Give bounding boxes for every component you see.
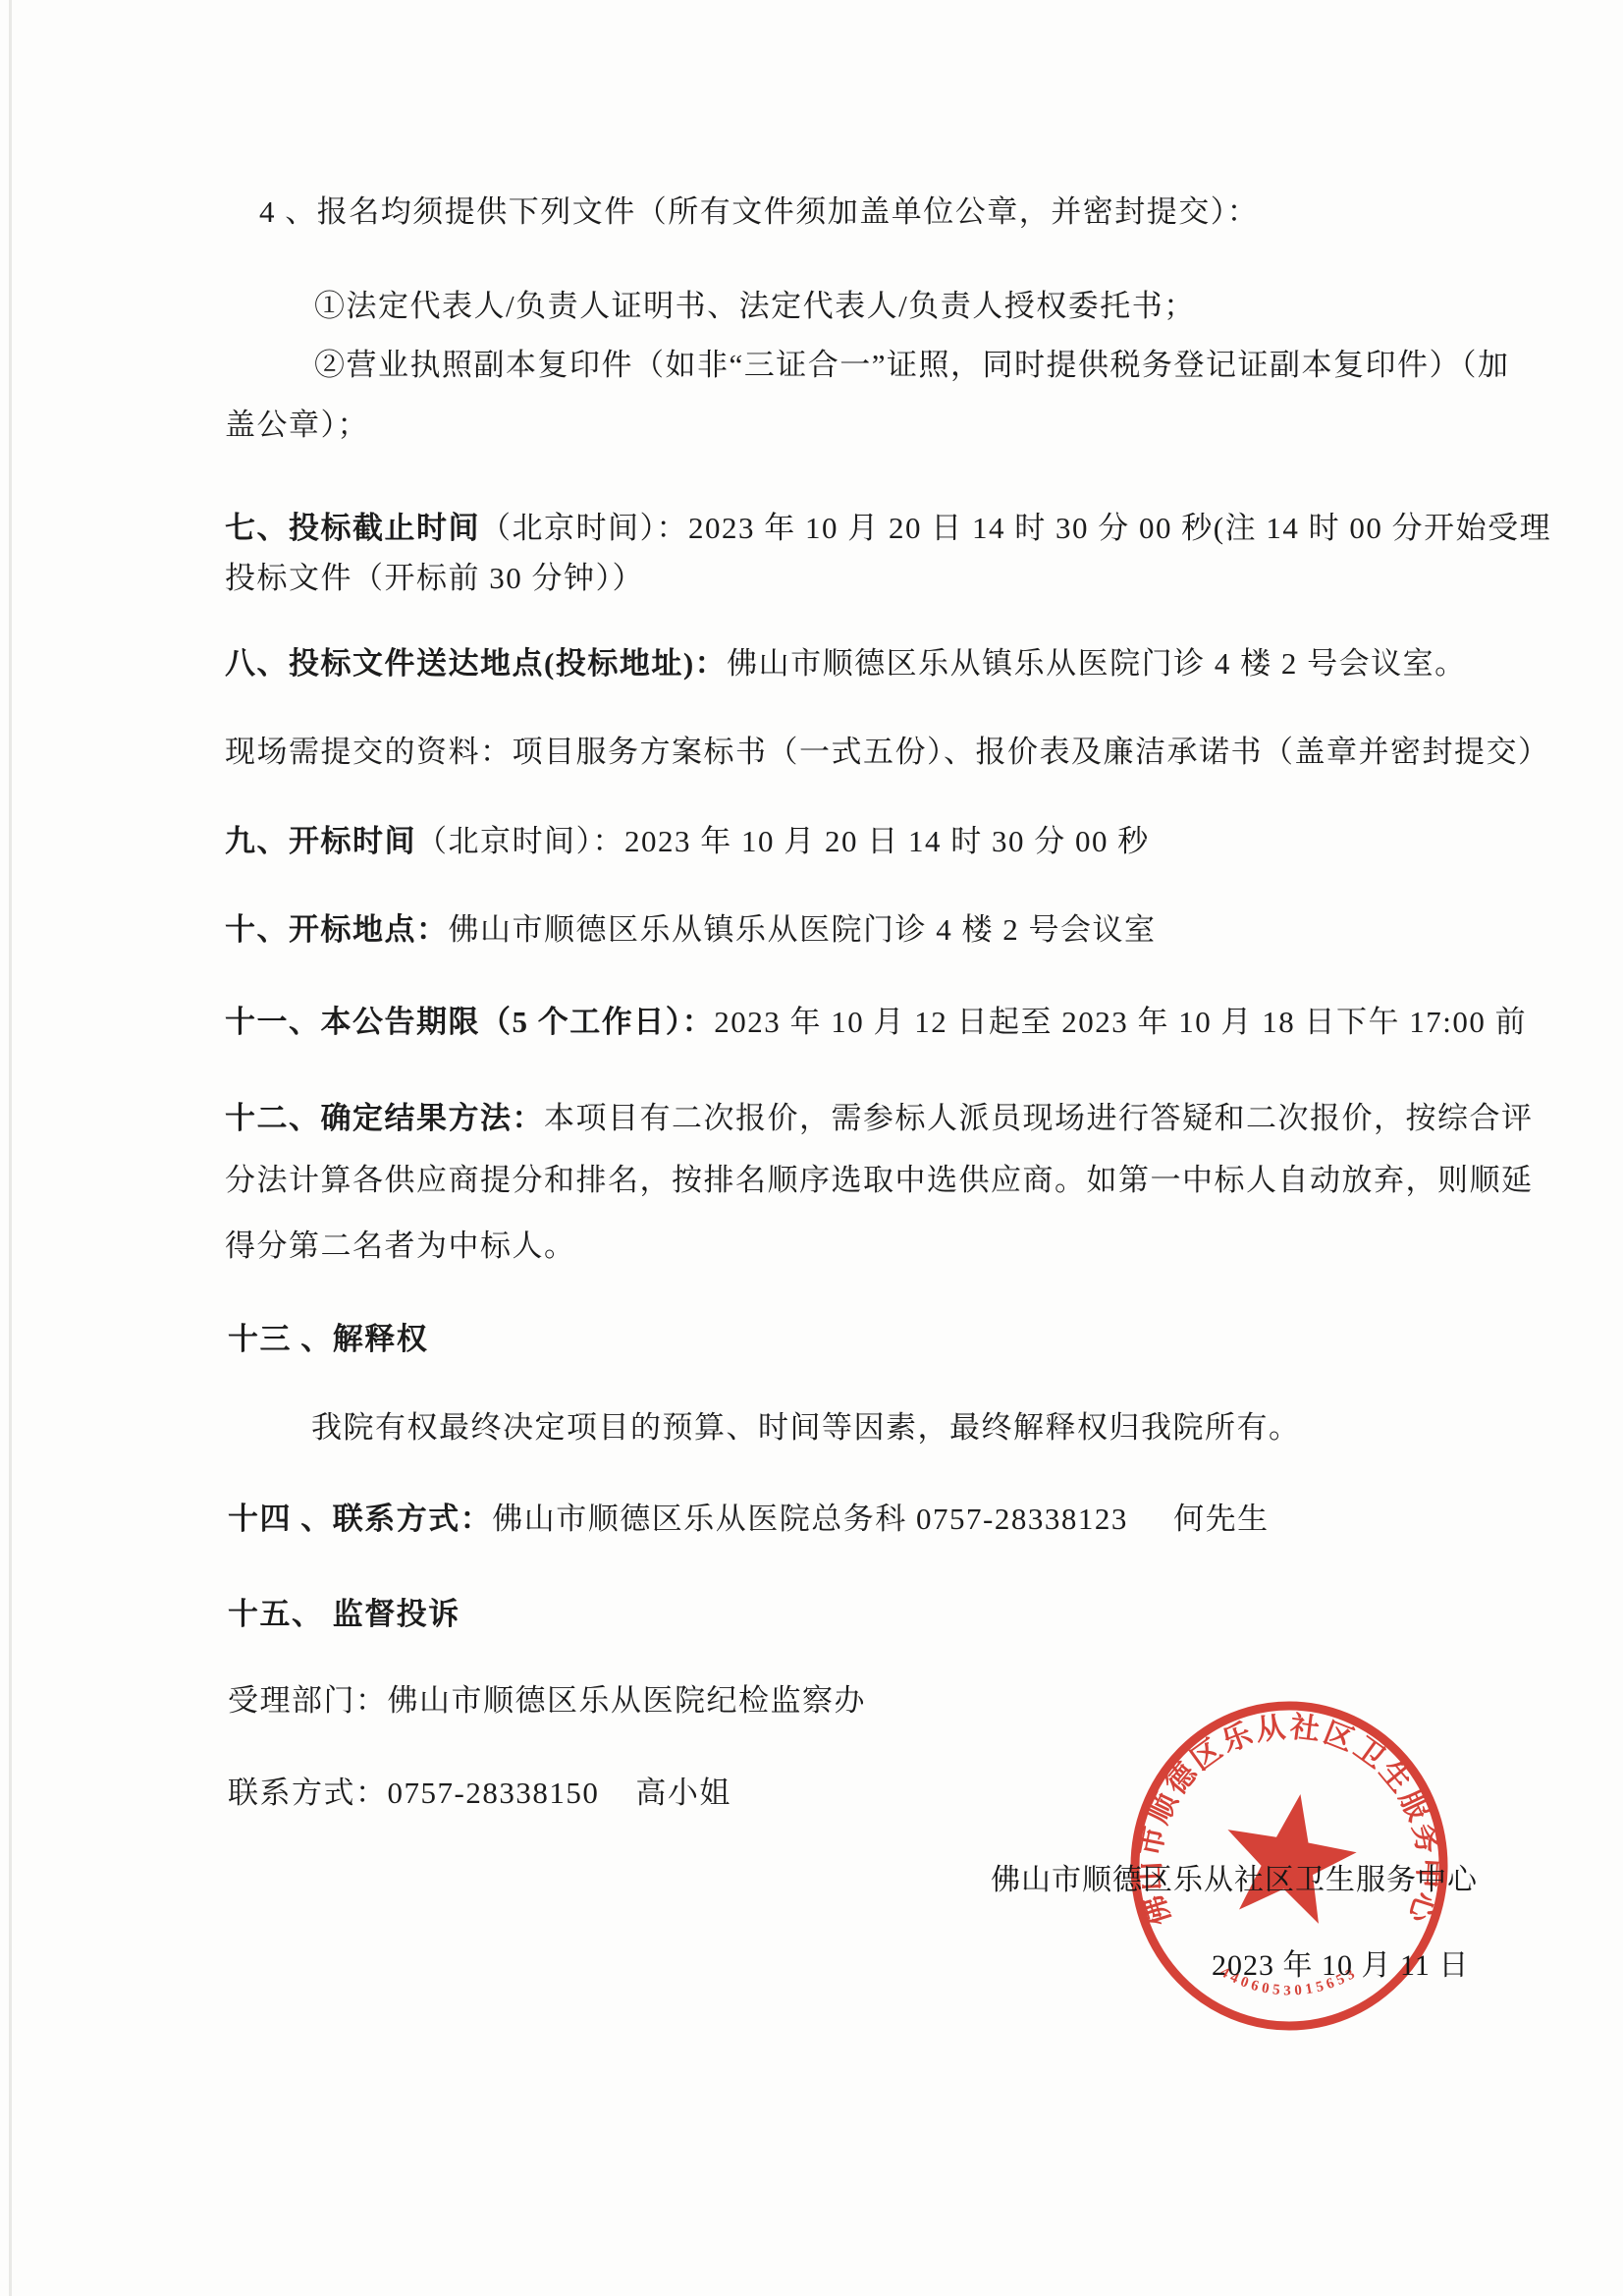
section-10-title: 十、开标地点： xyxy=(225,912,449,947)
section-15-title: 十五、 监督投诉 xyxy=(228,1597,460,1631)
signature-organization-text: 佛山市顺德区乐从社区卫生服务中心 xyxy=(991,1864,1478,1896)
section-10-rest: 佛山市顺德区乐从镇乐从医院门诊 4 楼 2 号会议室 xyxy=(449,912,1157,947)
section-9-rest: （北京时间）：2023 年 10 月 20 日 14 时 30 分 00 秒 xyxy=(416,824,1150,858)
signature-date-text: 2023 年 10 月 11 日 xyxy=(1212,1949,1469,1982)
section-14-line: 十四 、联系方式：佛山市顺德区乐从医院总务科 0757-28338123 何先生 xyxy=(191,1466,1270,1571)
complaint-contact-text: 联系方式：0757-28338150 高小姐 xyxy=(228,1776,731,1810)
attachment-2-text-1: ②营业执照副本复印件（如非“三证合一”证照，同时提供税务登记证副本复印件）（加 xyxy=(314,348,1510,382)
section-11-title: 十一、本公告期限（5 个工作日）： xyxy=(225,1005,714,1039)
signature-date: 2023 年 10 月 11 日 xyxy=(1178,1907,1469,2017)
section-12-line-3: 得分第二名者为中标人。 xyxy=(189,1193,576,1298)
complaint-department-line: 受理部门：佛山市顺德区乐从医院纪检监察办 xyxy=(191,1648,866,1753)
section-12-continuation-1: 分法计算各供应商提分和排名，按排名顺序选取中选供应商。如第一中标人自动放弃，则顺… xyxy=(225,1163,1534,1197)
item-4-text: 4 、报名均须提供下列文件（所有文件须加盖单位公章，并密封提交）： xyxy=(259,194,1259,229)
section-8-title: 八、投标文件送达地点(投标地址)： xyxy=(225,646,727,681)
section-14-rest: 佛山市顺德区乐从医院总务科 0757-28338123 何先生 xyxy=(492,1502,1269,1536)
attachment-2-text-2: 盖公章）； xyxy=(225,408,369,442)
section-13-paragraph-text: 我院有权最终决定项目的预算、时间等因素，最终解释权归我院所有。 xyxy=(311,1410,1301,1445)
section-13-paragraph: 我院有权最终决定项目的预算、时间等因素，最终解释权归我院所有。 xyxy=(275,1375,1301,1480)
onsite-materials-text: 现场需提交的资料：项目服务方案标书（一式五份）、报价表及廉洁承诺书（盖章并密封提… xyxy=(225,735,1550,769)
section-14-title: 十四 、联系方式： xyxy=(228,1502,492,1536)
section-8-rest: 佛山市顺德区乐从镇乐从医院门诊 4 楼 2 号会议室。 xyxy=(727,646,1467,681)
attachment-2-line-1: ②营业执照副本复印件（如非“三证合一”证照，同时提供税务登记证副本复印件）（加 xyxy=(278,312,1510,417)
document-page: 4 、报名均须提供下列文件（所有文件须加盖单位公章，并密封提交）： ①法定代表人… xyxy=(0,0,1623,2296)
item-4-line: 4 、报名均须提供下列文件（所有文件须加盖单位公章，并密封提交）： xyxy=(223,159,1259,264)
section-12-continuation-2: 得分第二名者为中标人。 xyxy=(225,1229,576,1263)
complaint-contact-line: 联系方式：0757-28338150 高小姐 xyxy=(191,1740,731,1845)
section-9-title: 九、开标时间 xyxy=(225,824,416,858)
section-7-continuation: 投标文件（开标前 30 分钟）） xyxy=(225,561,644,595)
complaint-department-text: 受理部门：佛山市顺德区乐从医院纪检监察办 xyxy=(228,1683,866,1718)
section-10-line: 十、开标地点：佛山市顺德区乐从镇乐从医院门诊 4 楼 2 号会议室 xyxy=(189,877,1157,982)
section-11-line: 十一、本公告期限（5 个工作日）：2023 年 10 月 12 日起至 2023… xyxy=(189,969,1527,1074)
section-13-title: 十三 、解释权 xyxy=(228,1322,428,1356)
scan-edge-shadow xyxy=(9,0,12,2296)
attachment-2-line-2: 盖公章）； xyxy=(189,372,369,477)
section-11-rest: 2023 年 10 月 12 日起至 2023 年 10 月 18 日下午 17… xyxy=(714,1005,1527,1039)
